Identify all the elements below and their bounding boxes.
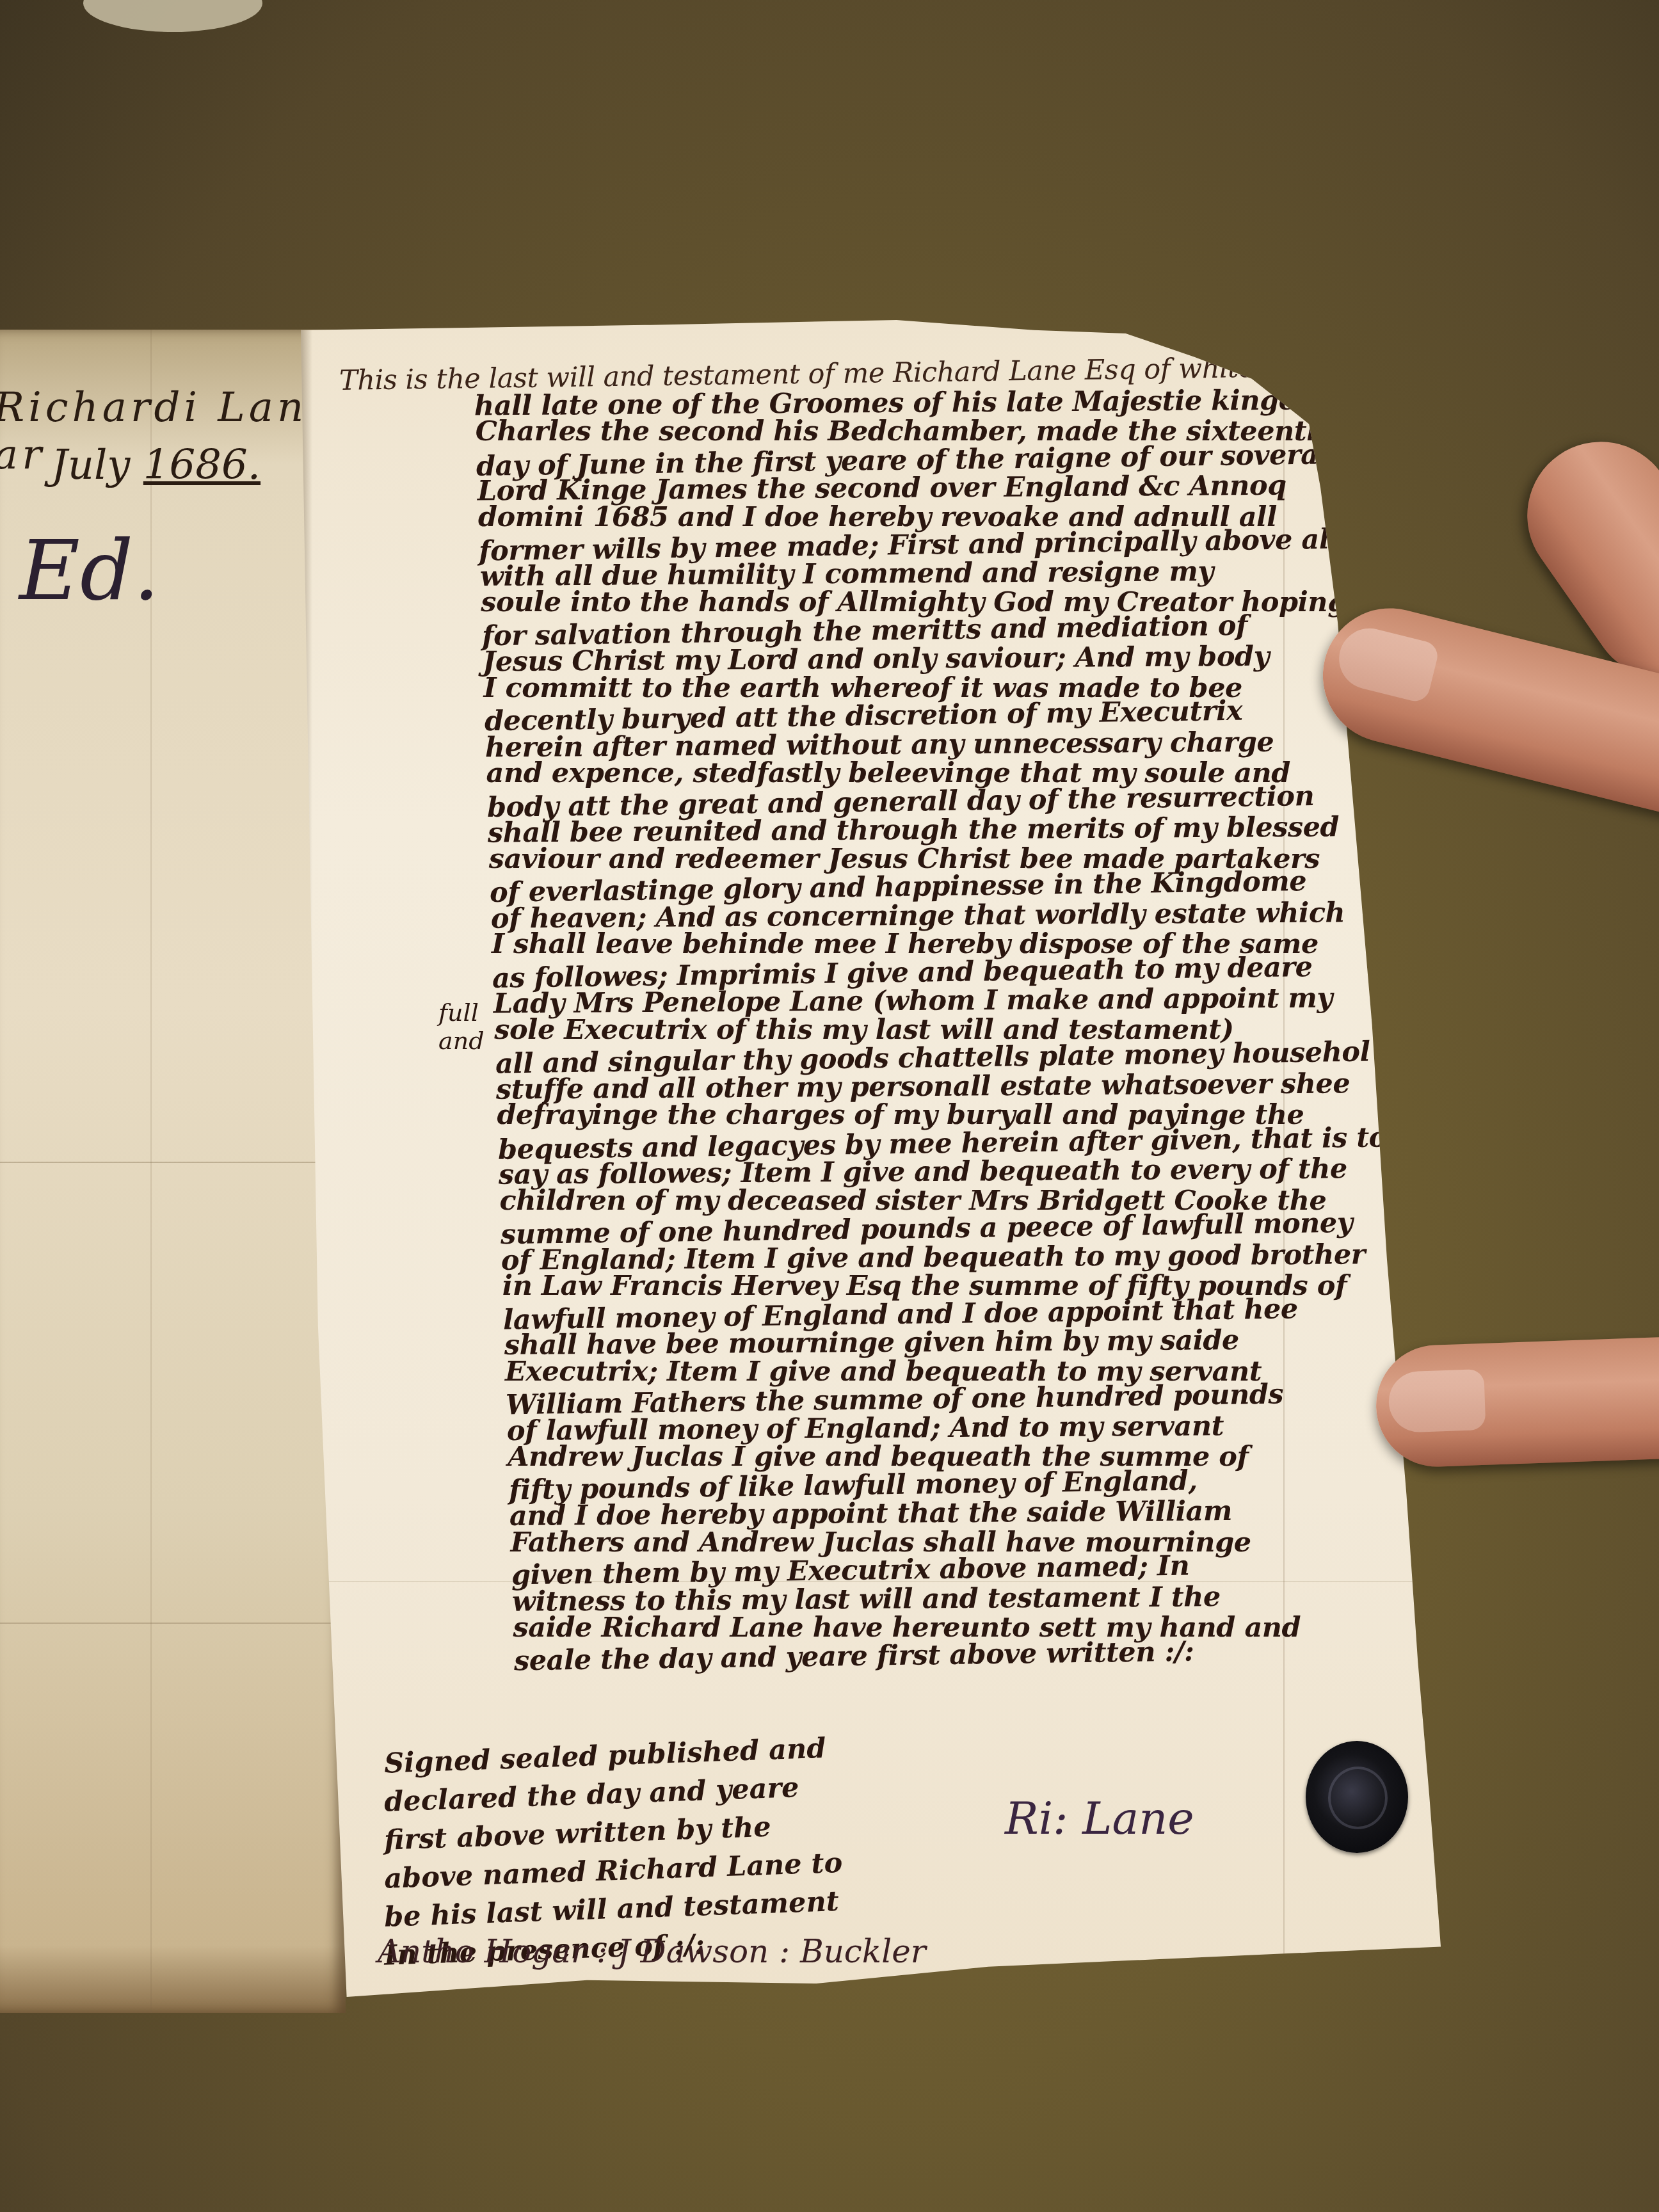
docket-month: July [51,442,131,489]
docket-mark: Ed. [19,522,159,619]
docket-year: 1686. [143,442,260,489]
testator-signature: Ri: Lane [1005,1792,1194,1845]
fingernail-icon [1388,1369,1486,1433]
fold-crease [0,1162,346,1163]
fingernail-icon [1333,622,1441,704]
docket-date: July 1686. [51,442,260,489]
attestation-clause: Signed sealed published anddeclared the … [384,1735,960,1965]
background-cloth-corner [83,0,262,32]
finger-lower-icon [1374,1334,1659,1468]
left-folded-page: Richardi Lane ar July 1686. Ed. [0,330,346,2013]
fold-crease [0,1623,346,1624]
will-page: This is the last will and testament of m… [301,320,1447,1997]
wax-seal-icon [1306,1741,1408,1853]
witness-signatures: Antho Hogar : J Dawson : Buckler [378,1933,926,1970]
margin-note: full and [438,998,490,1055]
